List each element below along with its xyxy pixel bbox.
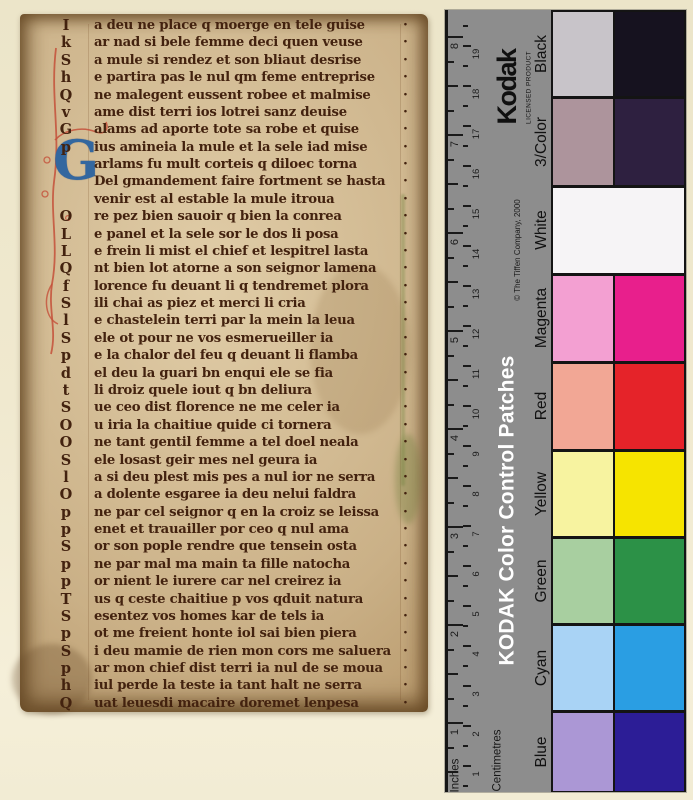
line-initial: S: [53, 399, 79, 416]
line-initial: l: [53, 469, 79, 486]
manuscript-line: Del gmandement faire fortment se hasta·: [20, 173, 428, 191]
line-text: ue ceo dist florence ne me celer ia: [94, 399, 340, 416]
line-punctus: ·: [403, 677, 408, 694]
line-initial: O: [53, 486, 79, 503]
line-punctus: ·: [403, 52, 408, 69]
line-text: uat leuesdi macaire doremet lenpesa: [94, 695, 359, 712]
line-initial: S: [53, 538, 79, 555]
line-initial: S: [53, 608, 79, 625]
line-text: e chastelein terri par la mein la leua: [94, 312, 355, 329]
line-initial: k: [53, 34, 79, 51]
line-punctus: ·: [403, 556, 408, 573]
line-initial: p: [53, 660, 79, 677]
line-initial: L: [53, 243, 79, 260]
line-initial: O: [53, 417, 79, 434]
color-patch-blue-dark: [615, 713, 684, 791]
line-text: enet et trauailler por ceo q nul ama: [94, 521, 349, 538]
line-punctus: ·: [403, 87, 408, 104]
line-punctus: ·: [403, 347, 408, 364]
line-text: ele losast geir mes nel geura ia: [94, 452, 317, 469]
digitized-manuscript-photo: G Ia deu ne place q moerge en tele guise…: [0, 0, 693, 800]
line-text: lorence fu deuant li q tendremet plora: [94, 278, 369, 295]
line-initial: O: [53, 208, 79, 225]
manuscript-line: Sor son pople rendre que tensein osta·: [20, 538, 428, 556]
line-initial: f: [53, 278, 79, 295]
line-initial: Q: [53, 260, 79, 277]
line-initial: p: [53, 504, 79, 521]
manuscript-line: Quat leuesdi macaire doremet lenpesa·: [20, 695, 428, 713]
line-initial: I: [53, 17, 79, 34]
manuscript-line: pne par mal ma main ta fille natocha·: [20, 556, 428, 574]
manuscript-line: venir est al estable la mule itroua·: [20, 191, 428, 209]
line-initial: h: [53, 69, 79, 86]
line-punctus: ·: [403, 486, 408, 503]
line-text: venir est al estable la mule itroua: [94, 191, 334, 208]
line-initial: T: [53, 591, 79, 608]
line-punctus: ·: [403, 243, 408, 260]
line-text: nt bien lot atorne a son seignor lamena: [94, 260, 376, 277]
manuscript-page: G Ia deu ne place q moerge en tele guise…: [20, 14, 428, 712]
manuscript-line: del deu la guari bn enqui ele se fia·: [20, 365, 428, 383]
line-text: esentez vos homes kar de tels ia: [94, 608, 324, 625]
line-initial: v: [53, 104, 79, 121]
line-text: a mule si rendez et son bliaut desrise: [94, 52, 361, 69]
line-punctus: ·: [403, 399, 408, 416]
color-patch-3-color-dark: [615, 99, 684, 185]
color-patch-cyan-light: [553, 626, 613, 710]
line-initial: L: [53, 226, 79, 243]
manuscript-line: Sue ceo dist florence ne me celer ia·: [20, 399, 428, 417]
manuscript-line: Sele losast geir mes nel geura ia·: [20, 452, 428, 470]
patch-label: Black: [532, 14, 552, 94]
manuscript-line: hiul perde la teste ia tant halt ne serr…: [20, 677, 428, 695]
line-initial: O: [53, 434, 79, 451]
line-punctus: ·: [403, 104, 408, 121]
color-patch-yellow-light: [553, 452, 613, 536]
line-punctus: ·: [403, 312, 408, 329]
line-text: or son pople rendre que tensein osta: [94, 538, 357, 555]
manuscript-line: Sili chai as piez et merci li cria·: [20, 295, 428, 313]
line-punctus: ·: [403, 278, 408, 295]
manuscript-line: par mon chief dist terri ia nul de se mo…: [20, 660, 428, 678]
line-text: re pez bien sauoir q bien la conrea: [94, 208, 342, 225]
line-punctus: ·: [403, 382, 408, 399]
line-punctus: ·: [403, 34, 408, 51]
manuscript-line: tli droiz quele iout q bn deliura·: [20, 382, 428, 400]
line-text: e panel et la sele sor le dos li posa: [94, 226, 338, 243]
color-patch-green-light: [553, 539, 613, 623]
patch-label: Yellow: [532, 454, 552, 534]
color-patch-red-dark: [615, 364, 684, 449]
line-text: ne malegent eussent robee et malmise: [94, 87, 371, 104]
manuscript-line: Sesentez vos homes kar de tels ia·: [20, 608, 428, 626]
manuscript-line: florence fu deuant li q tendremet plora·: [20, 278, 428, 296]
line-initial: d: [53, 365, 79, 382]
color-patch-black-dark: [615, 12, 684, 96]
line-punctus: ·: [403, 330, 408, 347]
line-text: ius amineia la mule et la sele iad mise: [94, 139, 367, 156]
manuscript-line: Si deu mamie de rien mon cors me saluera…: [20, 643, 428, 661]
manuscript-line: arlams fu mult corteis q diloec torna·: [20, 156, 428, 174]
line-initial: p: [53, 347, 79, 364]
manuscript-line: penet et trauailler por ceo q nul ama·: [20, 521, 428, 539]
patch-label: White: [532, 190, 552, 270]
manuscript-line: Sele ot pour ne vos esmerueiller ia·: [20, 330, 428, 348]
line-punctus: ·: [403, 365, 408, 382]
line-punctus: ·: [403, 417, 408, 434]
line-text: a si deu plest mis pes a nul ior ne serr…: [94, 469, 375, 486]
line-text: iul perde la teste ia tant halt ne serra: [94, 677, 362, 694]
line-initial: h: [53, 677, 79, 694]
line-punctus: ·: [403, 469, 408, 486]
color-patch-white: [553, 188, 684, 273]
line-punctus: ·: [403, 191, 408, 208]
line-text: a dolente esgaree ia deu nelui faldra: [94, 486, 356, 503]
line-text: el deu la guari bn enqui ele se fia: [94, 365, 333, 382]
manuscript-line: Sa mule si rendez et son bliaut desrise·: [20, 52, 428, 70]
line-punctus: ·: [403, 695, 408, 712]
color-patch-blue-light: [553, 713, 613, 791]
line-text: ele ot pour ne vos esmerueiller ia: [94, 330, 333, 347]
manuscript-line: Ia deu ne place q moerge en tele guise·: [20, 17, 428, 35]
manuscript-line: le chastelein terri par la mein la leua·: [20, 312, 428, 330]
line-text: alams ad aporte tote sa robe et quise: [94, 121, 359, 138]
manuscript-line: Tus q ceste chaitiue p vos qduit natura·: [20, 591, 428, 609]
line-text: e partira pas le nul qm feme entreprise: [94, 69, 375, 86]
line-punctus: ·: [403, 591, 408, 608]
manuscript-line: kar nad si bele femme deci quen veuse·: [20, 34, 428, 52]
patch-label: Blue: [532, 712, 552, 792]
line-initial: Q: [53, 87, 79, 104]
line-initial: S: [53, 295, 79, 312]
patch-label: Green: [532, 541, 552, 621]
patch-label: 3/Color: [532, 102, 552, 182]
manuscript-line: Qne malegent eussent robee et malmise·: [20, 87, 428, 105]
line-punctus: ·: [403, 608, 408, 625]
line-punctus: ·: [403, 504, 408, 521]
line-text: ne par mal ma main ta fille natocha: [94, 556, 350, 573]
line-text: us q ceste chaitiue p vos qduit natura: [94, 591, 363, 608]
color-patch-magenta-dark: [615, 276, 684, 361]
color-patch-grid: [551, 10, 686, 792]
line-punctus: ·: [403, 643, 408, 660]
line-text: u iria la chaitiue quide ci tornera: [94, 417, 331, 434]
manuscript-line: Qnt bien lot atorne a son seignor lamena…: [20, 260, 428, 278]
line-punctus: ·: [403, 139, 408, 156]
color-patch-black-light: [553, 12, 613, 96]
line-punctus: ·: [403, 69, 408, 86]
line-initial: S: [53, 643, 79, 660]
line-text: a deu ne place q moerge en tele guise: [94, 17, 365, 34]
line-punctus: ·: [403, 625, 408, 642]
line-text: ili chai as piez et merci li cria: [94, 295, 306, 312]
line-initial: p: [53, 573, 79, 590]
line-text: ne tant gentil femme a tel doel neala: [94, 434, 358, 451]
line-text: ar nad si bele femme deci quen veuse: [94, 34, 363, 51]
line-text: Del gmandement faire fortment se hasta: [94, 173, 385, 190]
line-text: ar mon chief dist terri ia nul de se mou…: [94, 660, 383, 677]
manuscript-line: Le panel et la sele sor le dos li posa·: [20, 226, 428, 244]
line-punctus: ·: [403, 452, 408, 469]
line-text: e frein li mist el chief et lespitrel la…: [94, 243, 368, 260]
line-punctus: ·: [403, 156, 408, 173]
line-text: or nient le iurere car nel creirez ia: [94, 573, 341, 590]
manuscript-line: pe la chalor del feu q deuant li flamba·: [20, 347, 428, 365]
color-patch-red-light: [553, 364, 613, 449]
line-initial: S: [53, 52, 79, 69]
line-initial: l: [53, 312, 79, 329]
manuscript-line: la si deu plest mis pes a nul ior ne ser…: [20, 469, 428, 487]
manuscript-text-block: Ia deu ne place q moerge en tele guise·k…: [20, 14, 428, 712]
patch-label: Cyan: [532, 628, 552, 708]
kodak-color-control-strip: 1234567812345678910111213141516171819 Ko…: [445, 10, 686, 792]
line-punctus: ·: [403, 208, 408, 225]
manuscript-line: por nient le iurere car nel creirez ia·: [20, 573, 428, 591]
line-text: li droiz quele iout q bn deliura: [94, 382, 312, 399]
manuscript-line: vame dist terri ios lotrei sanz deuise·: [20, 104, 428, 122]
line-punctus: ·: [403, 434, 408, 451]
line-initial: p: [53, 556, 79, 573]
line-text: arlams fu mult corteis q diloec torna: [94, 156, 357, 173]
manuscript-line: he partira pas le nul qm feme entreprise…: [20, 69, 428, 87]
line-text: i deu mamie de rien mon cors me saluera: [94, 643, 391, 660]
color-patch-cyan-dark: [615, 626, 684, 710]
manuscript-line: Oa dolente esgaree ia deu nelui faldra·: [20, 486, 428, 504]
line-punctus: ·: [403, 260, 408, 277]
manuscript-line: pne par cel seignor q en la croiz se lei…: [20, 504, 428, 522]
line-punctus: ·: [403, 173, 408, 190]
line-initial: S: [53, 330, 79, 347]
patch-label-column: Black3/ColorWhiteMagentaRedYellowGreenCy…: [445, 10, 551, 792]
line-punctus: ·: [403, 226, 408, 243]
manuscript-line: One tant gentil femme a tel doel neala·: [20, 434, 428, 452]
line-text: e la chalor del feu q deuant li flamba: [94, 347, 358, 364]
line-punctus: ·: [403, 660, 408, 677]
line-punctus: ·: [403, 573, 408, 590]
color-patch-green-dark: [615, 539, 684, 623]
line-punctus: ·: [403, 295, 408, 312]
line-initial: G: [53, 121, 79, 138]
line-punctus: ·: [403, 538, 408, 555]
line-text: ame dist terri ios lotrei sanz deuise: [94, 104, 347, 121]
color-patch-magenta-light: [553, 276, 613, 361]
manuscript-line: Ore pez bien sauoir q bien la conrea·: [20, 208, 428, 226]
color-patch-yellow-dark: [615, 452, 684, 536]
line-text: ot me freient honte iol sai bien piera: [94, 625, 357, 642]
line-initial: p: [53, 625, 79, 642]
manuscript-line: pot me freient honte iol sai bien piera·: [20, 625, 428, 643]
manuscript-line: Galams ad aporte tote sa robe et quise·: [20, 121, 428, 139]
line-initial: t: [53, 382, 79, 399]
manuscript-line: pius amineia la mule et la sele iad mise…: [20, 139, 428, 157]
line-punctus: ·: [403, 521, 408, 538]
manuscript-line: Le frein li mist el chief et lespitrel l…: [20, 243, 428, 261]
line-initial: p: [53, 521, 79, 538]
manuscript-line: Ou iria la chaitiue quide ci tornera·: [20, 417, 428, 435]
line-punctus: ·: [403, 121, 408, 138]
line-punctus: ·: [403, 17, 408, 34]
line-initial: Q: [53, 695, 79, 712]
line-initial: p: [53, 139, 79, 156]
line-text: ne par cel seignor q en la croiz se leis…: [94, 504, 379, 521]
color-patch-3-color-light: [553, 99, 613, 185]
patch-label: Red: [532, 366, 552, 446]
patch-label: Magenta: [532, 278, 552, 358]
line-initial: S: [53, 452, 79, 469]
